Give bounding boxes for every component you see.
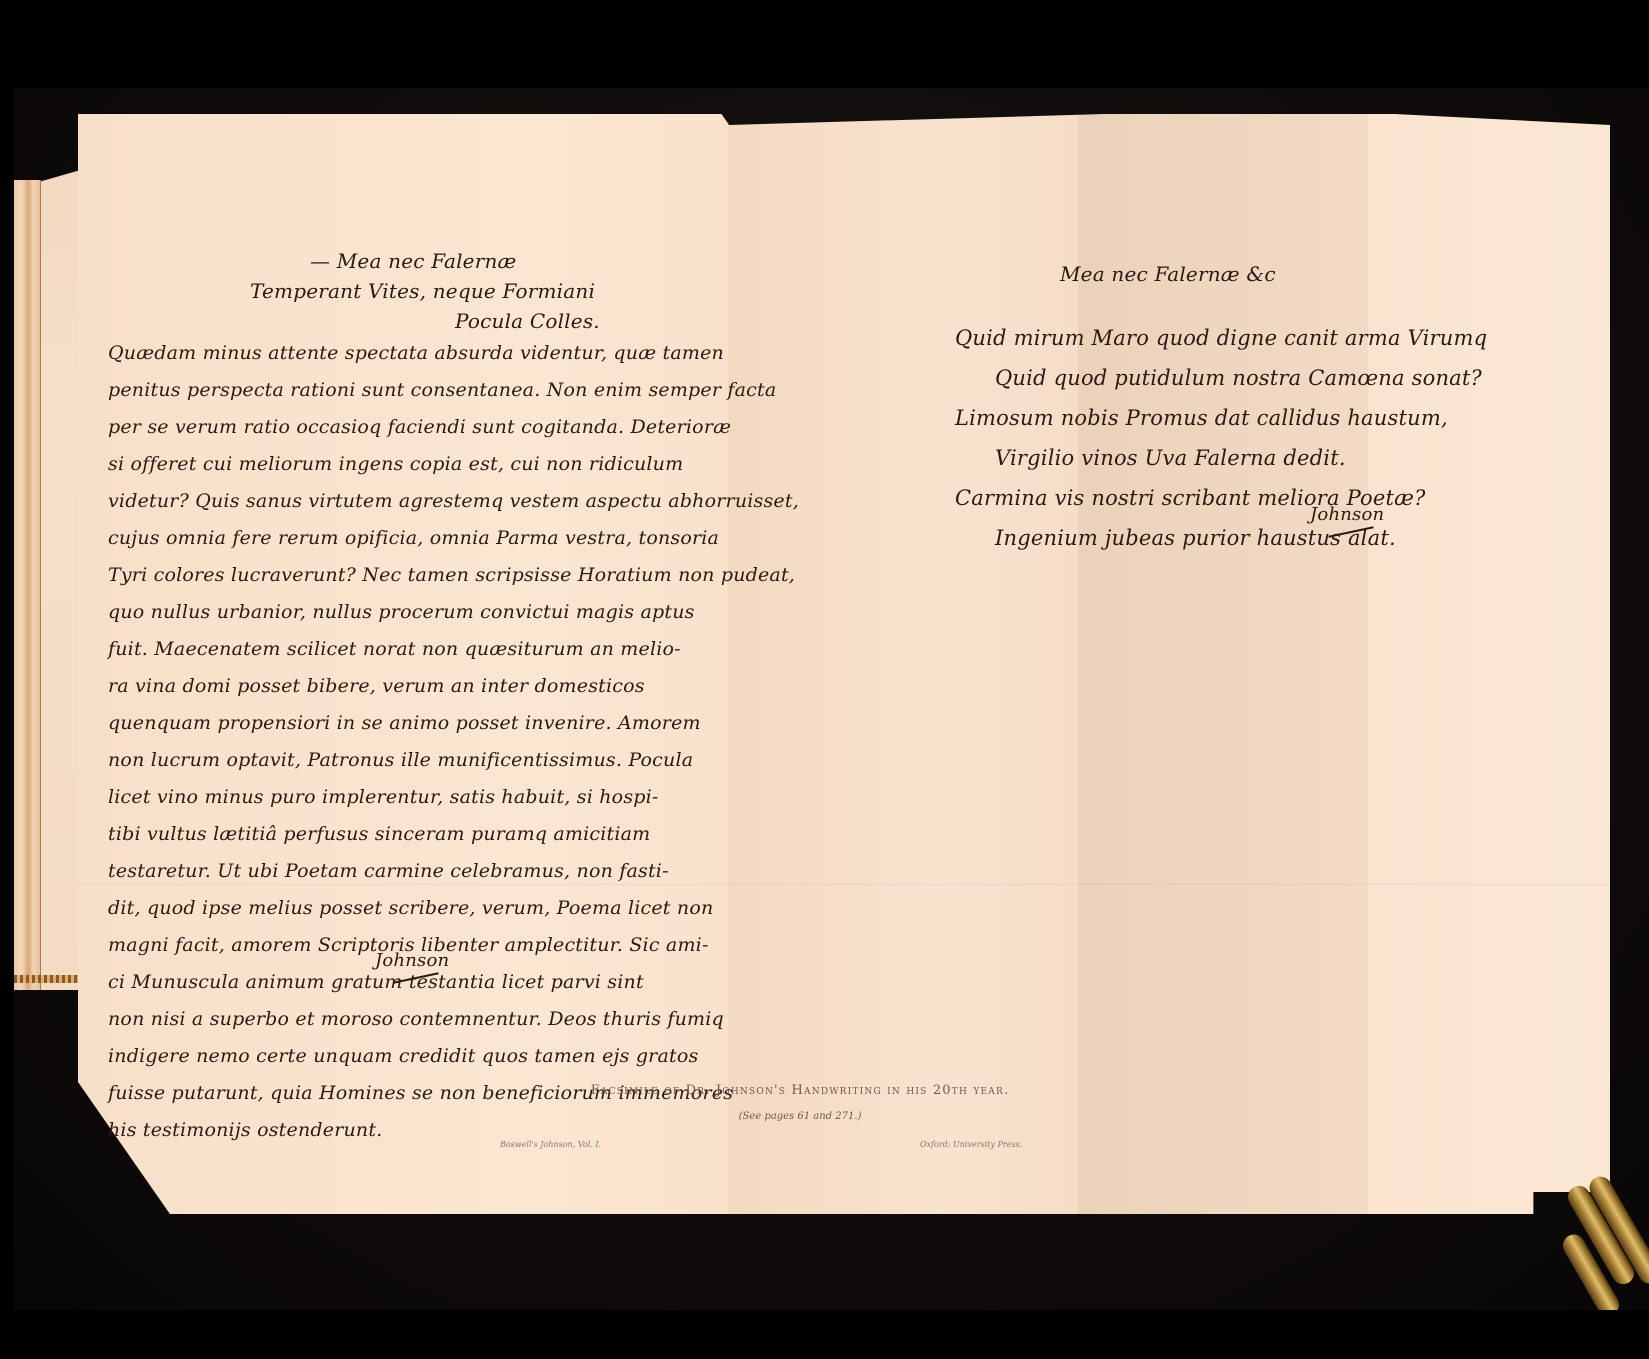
prose-line: fuit. Maecenatem scilicet norat non quæs… [108,631,668,668]
epigraph-line: — Mea nec Falernæ [250,246,600,276]
prose-line: licet vino minus puro implerentur, satis… [108,779,668,816]
prose-line: indigere nemo certe unquam credidit quos… [108,1038,668,1075]
epigraph-line: Temperant Vites, neque Formiani [250,276,600,306]
left-epigraph: — Mea nec Falernæ Temperant Vites, neque… [250,246,600,336]
prose-line: videtur? Quis sanus virtutem agrestemq v… [108,483,668,520]
facsimile-caption: Facsimile of Dr. Johnson's Handwriting i… [560,1083,1040,1098]
prose-line: dit, quod ipse melius posset scribere, v… [108,890,668,927]
poem-line: Virgilio vinos Uva Falerna dedit. [955,438,1487,478]
right-poem-title: Mea nec Falernæ &c [1060,262,1276,286]
poem-line: Quid mirum Maro quod digne canit arma Vi… [955,318,1487,358]
poem-line: Limosum nobis Promus dat callidus haustu… [955,398,1487,438]
prose-line: cujus omnia fere rerum opificia, omnia P… [108,520,668,557]
prose-line: Tyri colores lucraverunt? Nec tamen scri… [108,557,668,594]
poem-line: Quid quod putidulum nostra Camœna sonat? [955,358,1487,398]
prose-line: ra vina domi posset bibere, verum an int… [108,668,668,705]
epigraph-line: Pocula Colles. [250,306,600,336]
prose-line: Quædam minus attente spectata absurda vi… [108,335,668,372]
prose-line: testaretur. Ut ubi Poetam carmine celebr… [108,853,668,890]
sheet-panel-2 [728,114,1078,1214]
brass-hand-paperweight [1580,1160,1649,1310]
bottom-black-border [0,1310,1649,1359]
sheet-panel-4 [1368,114,1649,1214]
poem-line: Carmina vis nostri scribant meliora Poet… [955,478,1487,518]
prose-line: per se verum ratio occasioq faciendi sun… [108,409,668,446]
left-prose-essay: Quædam minus attente spectata absurda vi… [108,335,668,1149]
prose-line: si offeret cui meliorum ingens copia est… [108,446,668,483]
page-reference-caption: (See pages 61 and 271.) [560,1111,1040,1122]
book-spine-edge [14,180,41,990]
prose-line: non lucrum optavit, Patronus ille munifi… [108,742,668,779]
footer-volume-label: Boswell's Johnson, Vol. I. [500,1140,601,1149]
prose-line: quenquam propensiori in se animo posset … [108,705,668,742]
left-signature: Johnson [375,950,449,979]
prose-line: non nisi a superbo et moroso contemnentu… [108,1001,668,1038]
right-signature: Johnson [1310,504,1384,533]
right-poem: Quid mirum Maro quod digne canit arma Vi… [955,318,1487,558]
poem-line: Ingenium jubeas purior haustus alat. [955,518,1487,558]
prose-line: penitus perspecta rationi sunt consentan… [108,372,668,409]
book-gilt-edge [14,975,78,983]
prose-line: tibi vultus lætitiâ perfusus sinceram pu… [108,816,668,853]
prose-line: quo nullus urbanior, nullus procerum con… [108,594,668,631]
footer-publisher-label: Oxford: University Press. [920,1140,1022,1149]
